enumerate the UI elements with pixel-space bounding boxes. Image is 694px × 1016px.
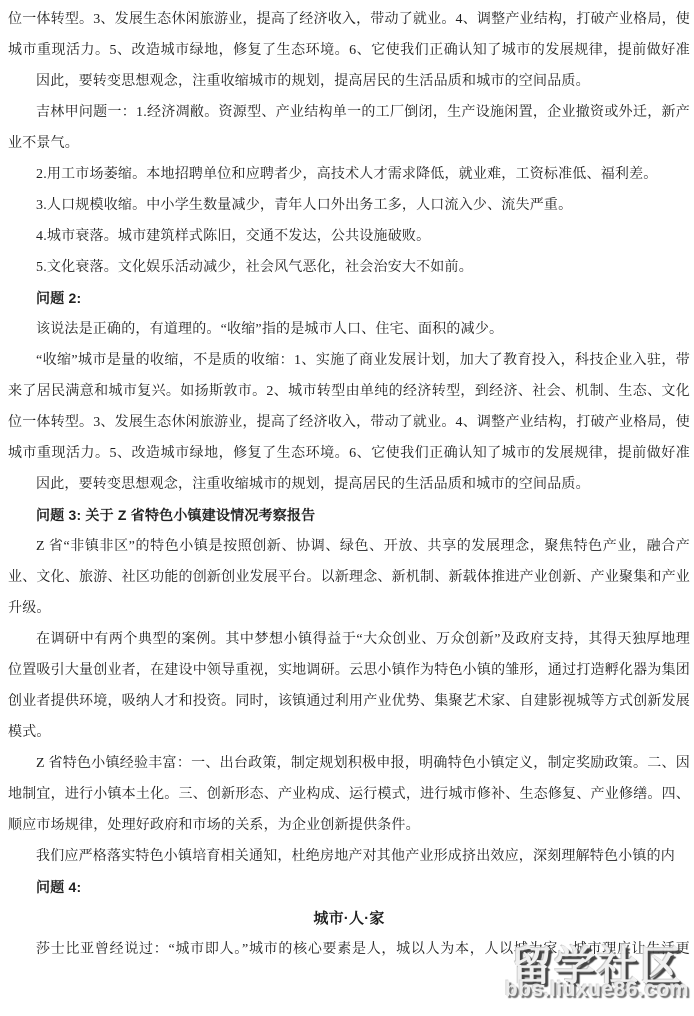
document-text: 位一体转型。3、发展生态休闲旅游业，提高了经济收入，带动了就业。4、调整产业结构… — [0, 0, 694, 965]
text-line: 3.人口规模收缩。中小学生数量减少，青年人口外出务工多，人口流入少、流失严重。 — [8, 190, 690, 221]
text-line: 创业者提供环境，吸纳人才和投资。同时，该镇通过利用产业优势、集聚艺术家、自建影视… — [8, 686, 690, 717]
text-line: 吉林甲问题一：1.经济凋敝。资源型、产业结构单一的工厂倒闭，生产设施闲置，企业撤… — [8, 97, 690, 128]
section-heading: 问题 3: 关于 Z 省特色小镇建设情况考察报告 — [8, 500, 690, 531]
text-line: Z 省特色小镇经验丰富：一、出台政策，制定规划积极申报，明确特色小镇定义，制定奖… — [8, 748, 690, 779]
document-page: 位一体转型。3、发展生态休闲旅游业，提高了经济收入，带动了就业。4、调整产业结构… — [0, 0, 694, 1016]
text-line: 业不景气。 — [8, 128, 690, 159]
text-line: 位一体转型。3、发展生态休闲旅游业，提高了经济收入，带动了就业。4、调整产业结构… — [8, 4, 690, 35]
text-line: 业、文化、旅游、社区功能的创新创业发展平台。以新理念、新机制、新载体推进产业创新… — [8, 562, 690, 593]
text-line: 模式。 — [8, 717, 690, 748]
section-heading: 问题 4: — [8, 872, 690, 903]
text-line: 4.城市衰落。城市建筑样式陈旧，交通不发达，公共设施破败。 — [8, 221, 690, 252]
text-line: 来了居民满意和城市复兴。如扬斯敦市。2、城市转型由单纯的经济转型，到经济、社会、… — [8, 376, 690, 407]
text-line: Z 省“非镇非区”的特色小镇是按照创新、协调、绿色、开放、共享的发展理念，聚焦特… — [8, 531, 690, 562]
text-line: 因此，要转变思想观念，注重收缩城市的规划，提高居民的生活品质和城市的空间品质。 — [8, 469, 690, 500]
text-line: 因此，要转变思想观念，注重收缩城市的规划，提高居民的生活品质和城市的空间品质。 — [8, 66, 690, 97]
text-line: 地制宜，进行小镇本土化。三、创新形态、产业构成、运行模式，进行城市修补、生态修复… — [8, 779, 690, 810]
text-line: “收缩”城市是量的收缩，不是质的收缩：1、实施了商业发展计划，加大了教育投入，科… — [8, 345, 690, 376]
text-line: 位一体转型。3、发展生态休闲旅游业，提高了经济收入，带动了就业。4、调整产业结构… — [8, 407, 690, 438]
text-line: 城市重现活力。5、改造城市绿地，修复了生态环境。6、它使我们正确认知了城市的发展… — [8, 35, 690, 66]
section-heading: 问题 2: — [8, 283, 690, 314]
text-line: 位置吸引大量创业者，在建设中领导重视，实地调研。云思小镇作为特色小镇的雏形，通过… — [8, 655, 690, 686]
text-line: 顺应市场规律，处理好政府和市场的关系，为企业创新提供条件。 — [8, 810, 690, 841]
text-line: 5.文化衰落。文化娱乐活动减少，社会风气恶化，社会治安大不如前。 — [8, 252, 690, 283]
text-line: 升级。 — [8, 593, 690, 624]
watermark-site-url: bbs.liuxue86.com — [500, 978, 694, 1002]
text-line: 该说法是正确的，有道理的。“收缩”指的是城市人口、住宅、面积的减少。 — [8, 314, 690, 345]
text-line: 2.用工市场萎缩。本地招聘单位和应聘者少，高技术人才需求降低，就业难，工资标准低… — [8, 159, 690, 190]
text-line: 城市重现活力。5、改造城市绿地，修复了生态环境。6、它使我们正确认知了城市的发展… — [8, 438, 690, 469]
text-line: 莎士比亚曾经说过：“城市即人。”城市的核心要素是人，城以人为本，人以城为家，城市… — [8, 934, 690, 965]
text-line: 在调研中有两个典型的案例。其中梦想小镇得益于“大众创业、万众创新”及政府支持，其… — [8, 624, 690, 655]
text-line: 我们应严格落实特色小镇培育相关通知，杜绝房地产对其他产业形成挤出效应，深刻理解特… — [8, 841, 690, 872]
essay-title: 城市·人·家 — [8, 903, 690, 934]
